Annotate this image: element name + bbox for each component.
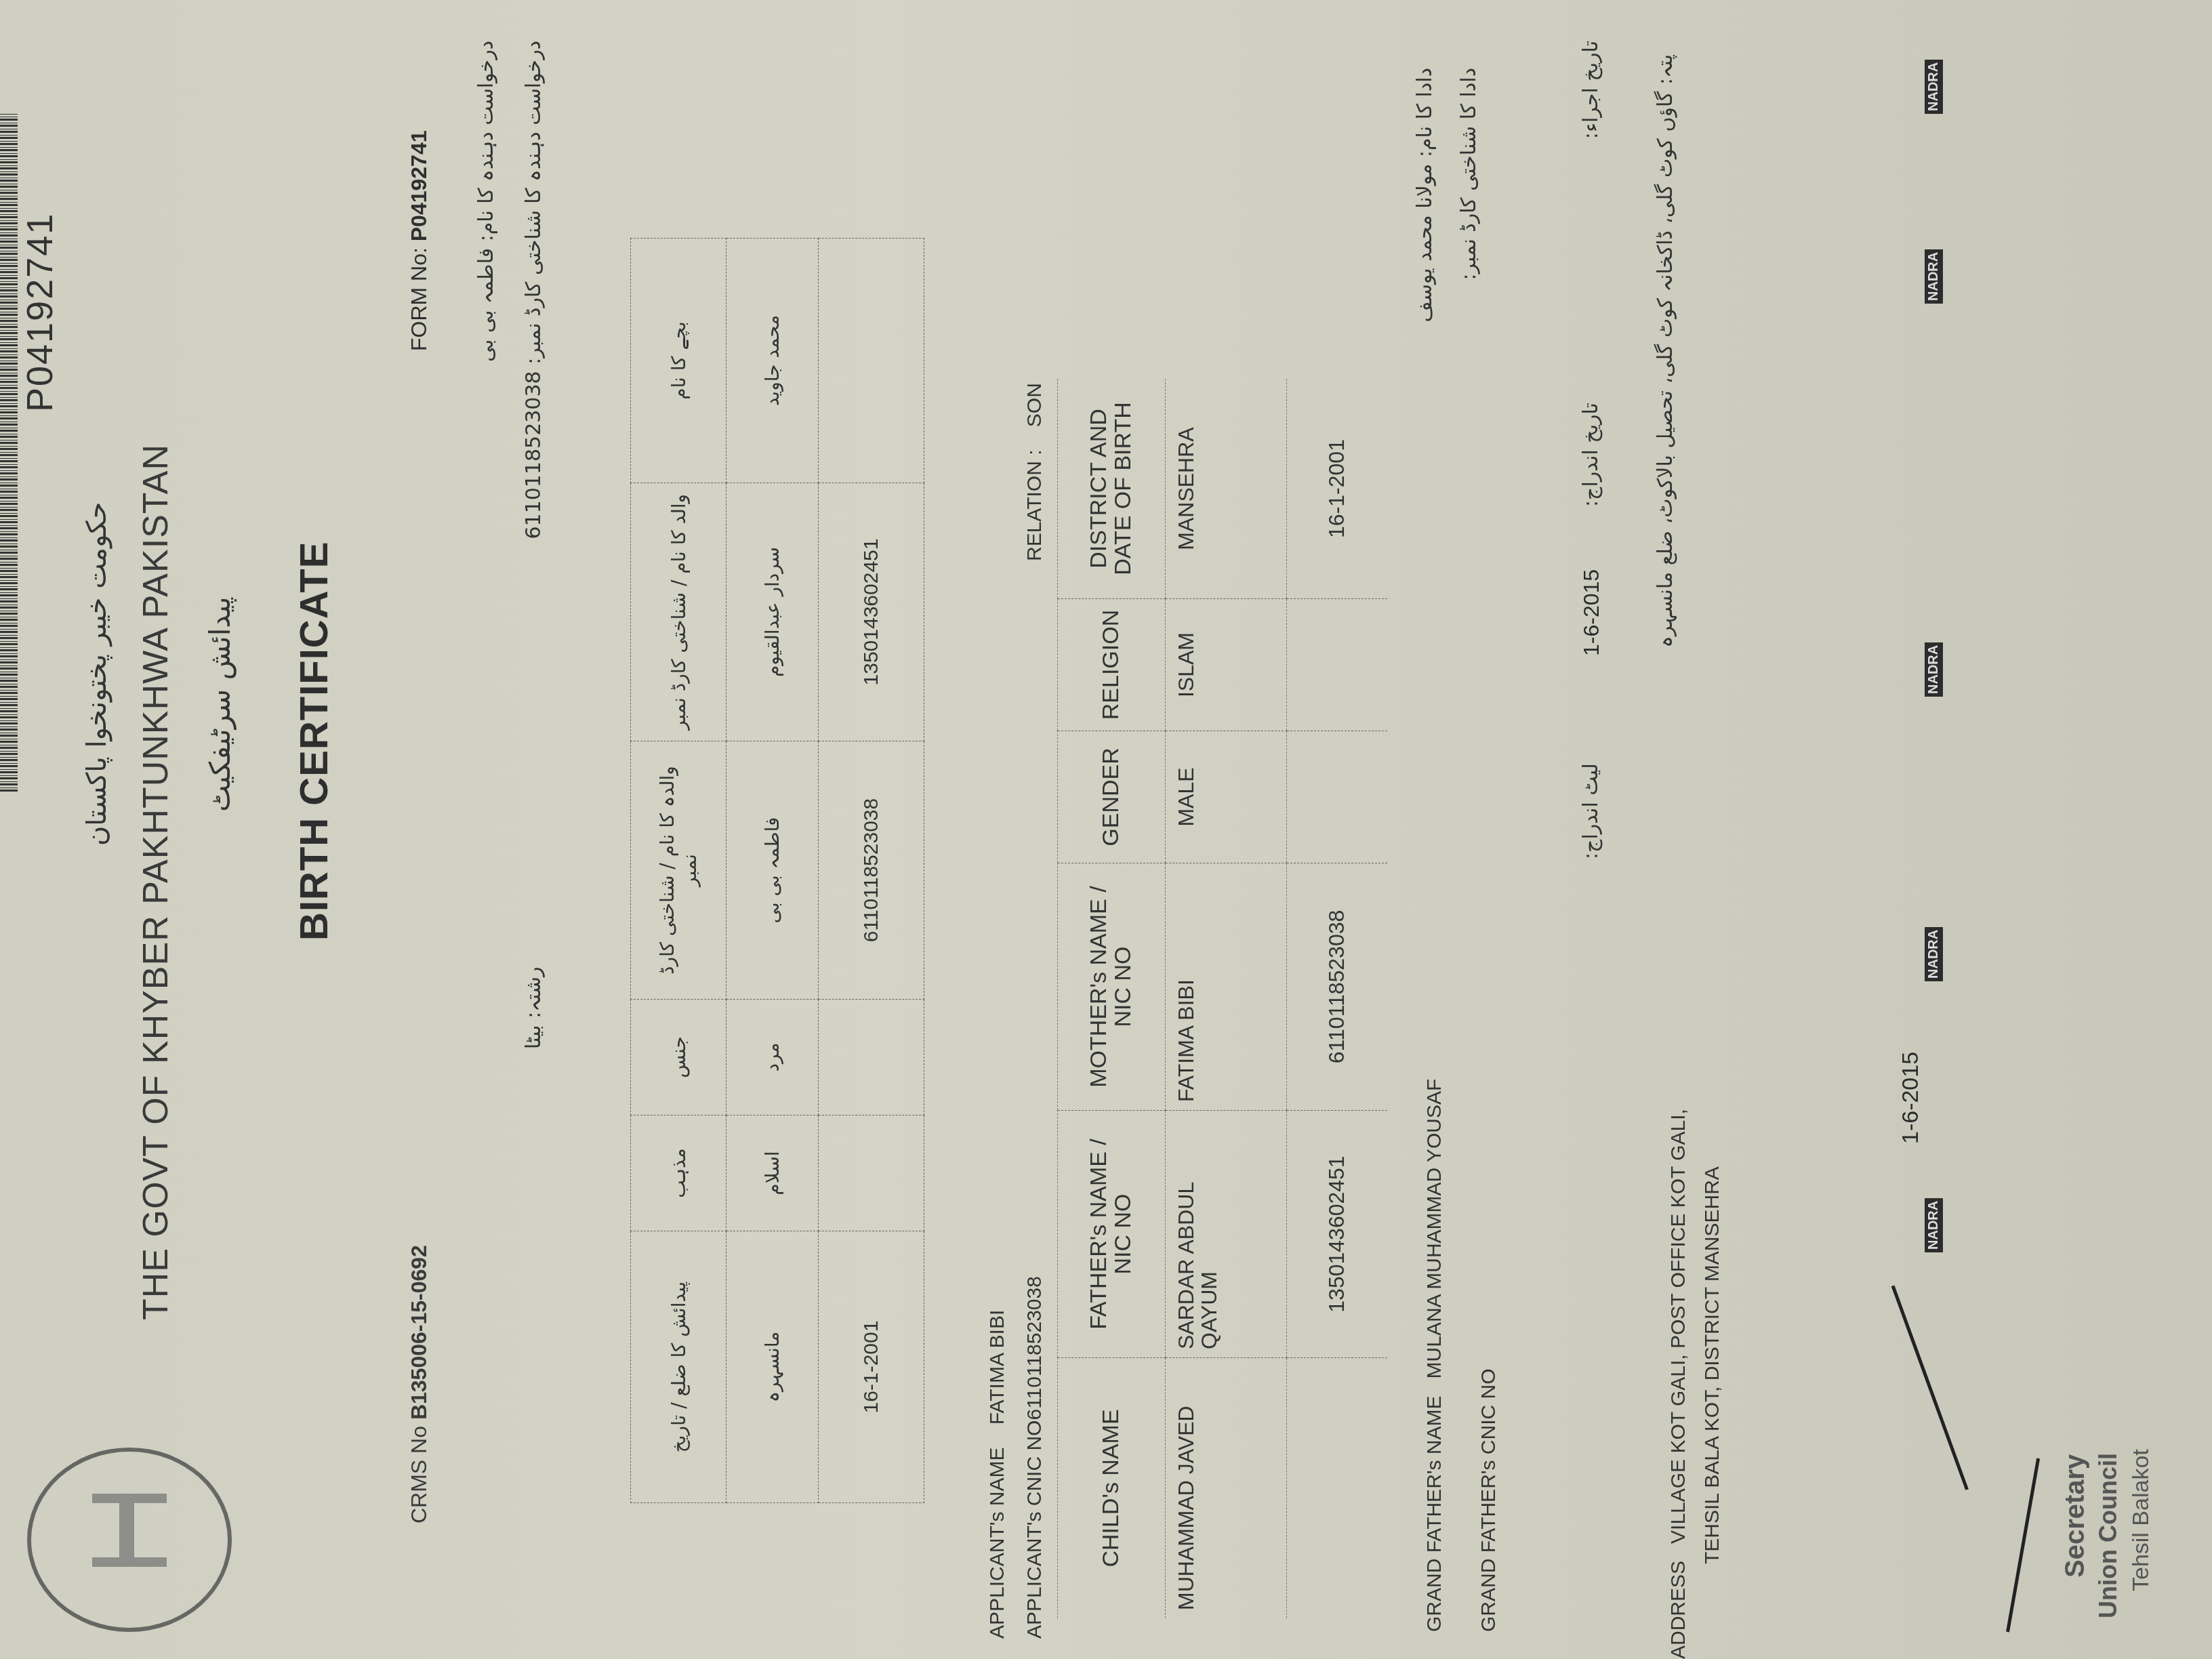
header-cell: بچے کا نام: [631, 239, 726, 483]
nadra-stamp: NADRA: [1925, 1198, 1943, 1252]
table-row: 1350143602451 6110118523038 16-1-2001: [1287, 379, 1388, 1618]
govt-header-urdu: حکومت خیبر پختونخوا پاکستان: [81, 502, 112, 846]
form-value: P04192741: [407, 131, 431, 242]
nadra-stamp: NADRA: [1925, 60, 1943, 114]
crms-number: CRMS No B135006-15-0692: [407, 1245, 432, 1523]
applicant-cnic-urdu: درخواست دہندہ کا شناختی کارڈ نمبر: 61101…: [522, 41, 546, 539]
barcode-number: P04192741: [19, 213, 61, 412]
applicant-name: APPLICANT's NAME FATIMA BIBI: [986, 1310, 1009, 1639]
header-cell: مذہب: [631, 1115, 726, 1231]
english-details-table: CHILD's NAME FATHER's NAME / NIC NO MOTH…: [1057, 379, 1387, 1618]
cell: [819, 1000, 924, 1115]
govt-emblem-icon: [27, 1448, 232, 1632]
grandfather-name-urdu: دادا کا نام: مولانا محمد یوسف: [1413, 68, 1437, 322]
relation-urdu: رشتہ: بیٹا: [522, 967, 546, 1050]
applicant-name-value: FATIMA BIBI: [986, 1310, 1008, 1425]
signature-stroke: [2006, 1458, 2040, 1633]
cell: 1350143602451: [819, 483, 924, 741]
cell: فاطمہ بی بی: [726, 741, 819, 1000]
cell-mother-name: FATIMA BIBI: [1166, 863, 1287, 1111]
header-cell: جنس: [631, 1000, 726, 1115]
header-cell: MOTHER's NAME / NIC NO: [1058, 863, 1166, 1111]
grandfather-cnic: GRAND FATHER's CNIC NO: [1477, 1368, 1500, 1632]
cell: [1287, 1358, 1388, 1619]
applicant-name-label: APPLICANT's NAME: [986, 1448, 1008, 1639]
form-label: FORM No:: [407, 247, 431, 351]
cell-child-name: MUHAMMAD JAVED: [1166, 1358, 1287, 1619]
header-cell: FATHER's NAME / NIC NO: [1058, 1111, 1166, 1358]
header-cell: CHILD's NAME: [1058, 1358, 1166, 1619]
table-header-row: بچے کا نام والد کا نام / شناختی کارڈ نمب…: [631, 239, 726, 1503]
urdu-details-table: بچے کا نام والد کا نام / شناختی کارڈ نمب…: [630, 238, 924, 1503]
header-cell: GENDER: [1058, 731, 1166, 863]
table-row: محمد جاوید سردار عبدالقیوم فاطمہ بی بی م…: [726, 239, 819, 1503]
cell-mother-nic: 6110118523038: [1287, 863, 1388, 1111]
cell: [819, 239, 924, 483]
page-title: BIRTH CERTIFICATE: [291, 541, 337, 941]
relation-label: RELATION :: [1023, 450, 1046, 561]
grandfather-name-value: MULANA MUHAMMAD YOUSAF: [1423, 1079, 1446, 1379]
address-urdu: پتہ: گاؤں کوٹ گلی، ڈاکخانہ کوٹ گلی، تحصی…: [1654, 54, 1677, 648]
relation: RELATION : SON: [1023, 383, 1046, 561]
cell: محمد جاوید: [726, 239, 819, 483]
cell: 16-1-2001: [819, 1231, 924, 1503]
cell-father-nic: 1350143602451: [1287, 1111, 1388, 1358]
title-urdu: پیدائش سرٹیفکیٹ: [203, 596, 237, 812]
late-entry-urdu: لیٹ اندراج:: [1579, 763, 1603, 859]
signature-stroke: [1891, 1285, 1969, 1490]
crms-value: B135006-15-0692: [407, 1245, 431, 1420]
relation-value: SON: [1023, 383, 1046, 427]
cell: مانسہرہ: [726, 1231, 819, 1503]
cell: سردار عبدالقیوم: [726, 483, 819, 741]
nadra-stamp: NADRA: [1925, 249, 1943, 304]
applicant-name-urdu: درخواست دہندہ کا نام: فاطمہ بی بی: [474, 41, 498, 362]
issue-date-urdu: تاریخ اجراء:: [1579, 41, 1603, 139]
cell: 6110118523038: [819, 741, 924, 1000]
grandfather-name: GRAND FATHER's NAME MULANA MUHAMMAD YOUS…: [1423, 1079, 1446, 1632]
cell: اسلام: [726, 1115, 819, 1231]
cell-gender: MALE: [1166, 731, 1287, 863]
table-row: 1350143602451 6110118523038 16-1-2001: [819, 239, 924, 1503]
nadra-stamp: NADRA: [1925, 642, 1943, 697]
header-cell: پیدائش کا ضلع / تاریخ: [631, 1231, 726, 1503]
header-cell: والدہ کا نام / شناختی کارڈ نمبر: [631, 741, 726, 1000]
cell-date-of-birth: 16-1-2001: [1287, 379, 1388, 599]
applicant-cnic: APPLICANT's CNIC NO6110118523038: [1023, 1276, 1046, 1639]
signatory-title: Secretary: [2060, 1454, 2091, 1578]
cell: [1287, 731, 1388, 863]
grandfather-cnic-urdu: دادا کا شناختی کارڈ نمبر:: [1457, 68, 1481, 281]
govt-header: THE GOVT OF KHYBER PAKHTUNKHWA PAKISTAN: [136, 444, 176, 1320]
address-line1-value: VILLAGE KOT GALI, POST OFFICE KOT GALI,: [1667, 1109, 1689, 1544]
barcode: [0, 114, 18, 792]
grandfather-name-label: GRAND FATHER's NAME: [1423, 1395, 1446, 1632]
nadra-stamp: NADRA: [1925, 927, 1943, 981]
table-header-row: CHILD's NAME FATHER's NAME / NIC NO MOTH…: [1058, 379, 1166, 1618]
cell: [819, 1115, 924, 1231]
signatory-tehsil: Tehsil Balakot: [2128, 1449, 2154, 1591]
crms-label: CRMS No: [407, 1426, 431, 1523]
header-cell: والد کا نام / شناختی کارڈ نمبر: [631, 483, 726, 741]
signatory-office: Union Council: [2094, 1453, 2123, 1618]
birth-certificate-paper: P04192741 حکومت خیبر پختونخوا پاکستان TH…: [0, 0, 2212, 1659]
header-cell: DISTRICT AND DATE OF BIRTH: [1058, 379, 1166, 599]
address-label: ADDRESS: [1667, 1561, 1689, 1659]
applicant-cnic-value: 6110118523038: [1023, 1276, 1046, 1420]
applicant-cnic-label: APPLICANT's CNIC NO: [1023, 1420, 1046, 1639]
cell-district: MANSEHRA: [1166, 379, 1287, 599]
grandfather-cnic-label: GRAND FATHER's CNIC NO: [1477, 1368, 1500, 1632]
header-cell: RELIGION: [1058, 599, 1166, 731]
address-line1: ADDRESS VILLAGE KOT GALI, POST OFFICE KO…: [1667, 1109, 1690, 1659]
cell-father-name: SARDAR ABDUL QAYUM: [1166, 1111, 1287, 1358]
cell-religion: ISLAM: [1166, 599, 1287, 731]
entry-date: 1-6-2015: [1579, 569, 1604, 656]
issue-date: 1-6-2015: [1898, 1052, 1924, 1144]
form-number: FORM No: P04192741: [407, 131, 432, 352]
address-line2: TEHSIL BALA KOT, DISTRICT MANSEHRA: [1701, 1166, 1724, 1564]
cell: مرد: [726, 1000, 819, 1115]
entry-date-urdu: تاریخ اندراج:: [1579, 403, 1603, 507]
cell: [1287, 599, 1388, 731]
table-row: MUHAMMAD JAVED SARDAR ABDUL QAYUM FATIMA…: [1166, 379, 1287, 1618]
